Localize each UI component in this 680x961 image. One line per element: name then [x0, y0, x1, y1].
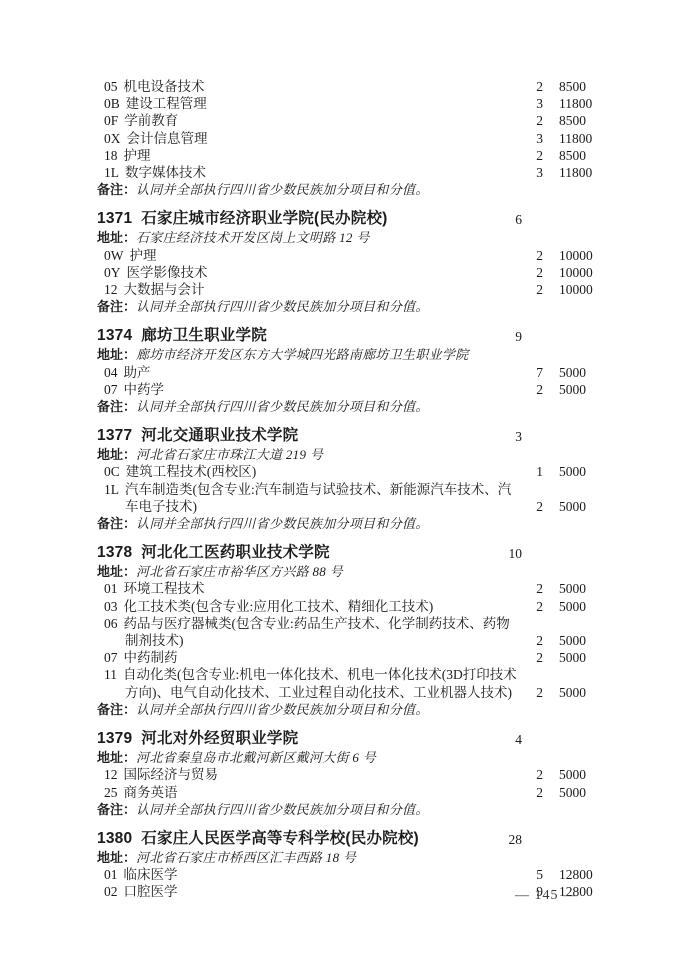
remark-line: 备注：认同并全部执行四川省少数民族加分项目和分值。	[97, 398, 680, 415]
course-row: 18护理28500	[104, 147, 680, 164]
school-code: 1377	[97, 427, 132, 444]
section-header: 1377河北交通职业技术学院3	[97, 426, 680, 445]
course-row: 0X会计信息管理311800	[104, 130, 680, 147]
section-title: 1379河北对外经贸职业学院	[97, 729, 502, 748]
school-name: 河北化工医药职业技术学院	[141, 544, 329, 561]
course-name: 助产	[124, 365, 151, 380]
course-count: 2	[523, 112, 543, 129]
remark-text: 认同并全部执行四川省少数民族加分项目和分值。	[136, 702, 429, 717]
course-name: 中药学	[124, 382, 165, 397]
section-header: 1378河北化工医药职业技术学院10	[97, 543, 680, 562]
remark-label: 备注：	[97, 399, 136, 414]
course-code: 25	[104, 785, 118, 800]
address-text: 河北省石家庄市裕华区方兴路 88 号	[136, 564, 343, 579]
course-text: 04助产	[104, 364, 523, 381]
address-line: 地址：河北省石家庄市桥西区汇丰西路 18 号	[97, 849, 680, 866]
course-name: 汽车制造类(包含专业:汽车制造与试验技术、新能源汽车技术、汽车电子技术)	[125, 482, 511, 514]
course-name: 护理	[130, 248, 157, 263]
address-text: 石家庄经济技术开发区岗上文明路 12 号	[136, 230, 370, 245]
course-count: 2	[523, 264, 543, 281]
course-code: 11	[104, 667, 117, 682]
course-row: 0B建设工程管理311800	[104, 95, 680, 112]
course-name: 环境工程技术	[124, 581, 205, 596]
section-title: 1380石家庄人民医学高等专科学校(民办院校)	[97, 829, 502, 848]
course-name: 药品与医疗器械类(包含专业:药品生产技术、化学制药技术、药物制剂技术)	[124, 616, 510, 648]
course-code: 01	[104, 581, 118, 596]
course-tuition: 8500	[559, 78, 603, 95]
school-name: 河北对外经贸职业学院	[141, 730, 298, 747]
course-row: 1L汽车制造类(包含专业:汽车制造与试验技术、新能源汽车技术、汽车电子技术)25…	[104, 481, 680, 515]
address-label: 地址：	[97, 750, 136, 765]
course-row: 25商务英语25000	[104, 784, 680, 801]
course-count: 2	[523, 580, 543, 597]
course-code: 03	[104, 599, 118, 614]
course-count: 3	[523, 130, 543, 147]
course-name: 中药制药	[124, 650, 178, 665]
section-title: 1378河北化工医药职业技术学院	[97, 543, 502, 562]
course-row: 05机电设备技术28500	[104, 78, 680, 95]
course-name: 大数据与会计	[124, 282, 205, 297]
course-tuition: 5000	[559, 580, 603, 597]
course-text: 1L汽车制造类(包含专业:汽车制造与试验技术、新能源汽车技术、汽车电子技术)	[104, 481, 523, 515]
course-text: 0F学前教育	[104, 112, 523, 129]
course-name: 机电设备技术	[124, 79, 205, 94]
course-row: 11自动化类(包含专业:机电一体化技术、机电一体化技术(3D打印技术方向)、电气…	[104, 666, 680, 700]
document-body: 05机电设备技术285000B建设工程管理3118000F学前教育285000X…	[97, 78, 680, 901]
remark-text: 认同并全部执行四川省少数民族加分项目和分值。	[136, 182, 429, 197]
course-tuition: 10000	[559, 281, 603, 298]
course-count: 5	[523, 866, 543, 883]
course-name: 学前教育	[124, 113, 178, 128]
course-code: 01	[104, 867, 118, 882]
section-title: 1371石家庄城市经济职业学院(民办院校)	[97, 209, 502, 228]
course-name: 临床医学	[124, 867, 178, 882]
course-count: 2	[523, 78, 543, 95]
course-code: 06	[104, 616, 118, 631]
course-name: 商务英语	[124, 785, 178, 800]
course-row: 12国际经济与贸易25000	[104, 766, 680, 783]
course-text: 07中药学	[104, 381, 523, 398]
course-text: 18护理	[104, 147, 523, 164]
course-name: 建筑工程技术(西校区)	[126, 464, 257, 479]
course-row: 03化工技术类(包含专业:应用化工技术、精细化工技术)25000	[104, 598, 680, 615]
course-count: 2	[523, 598, 543, 615]
course-name: 数字媒体技术	[125, 165, 206, 180]
section-title: 1374廊坊卫生职业学院	[97, 326, 502, 345]
course-tuition: 5000	[559, 766, 603, 783]
remark-line: 备注：认同并全部执行四川省少数民族加分项目和分值。	[97, 298, 680, 315]
document-page: 05机电设备技术285000B建设工程管理3118000F学前教育285000X…	[0, 0, 680, 961]
address-text: 河北省秦皇岛市北戴河新区戴河大街 6 号	[136, 750, 376, 765]
course-text: 12大数据与会计	[104, 281, 523, 298]
course-tuition: 5000	[559, 684, 603, 701]
remark-text: 认同并全部执行四川省少数民族加分项目和分值。	[136, 299, 429, 314]
course-text: 0B建设工程管理	[104, 95, 523, 112]
school-section: 1371石家庄城市经济职业学院(民办院校)6地址：石家庄经济技术开发区岗上文明路…	[97, 209, 680, 315]
course-count: 2	[523, 381, 543, 398]
section-header: 1379河北对外经贸职业学院4	[97, 729, 680, 748]
course-row: 01临床医学512800	[104, 866, 680, 883]
course-count: 7	[523, 364, 543, 381]
course-count: 2	[523, 784, 543, 801]
course-code: 0X	[104, 131, 121, 146]
school-name: 石家庄城市经济职业学院(民办院校)	[141, 210, 387, 227]
address-label: 地址：	[97, 447, 136, 462]
remark-text: 认同并全部执行四川省少数民族加分项目和分值。	[136, 802, 429, 817]
school-section: 1378河北化工医药职业技术学院10地址：河北省石家庄市裕华区方兴路 88 号0…	[97, 543, 680, 718]
course-name: 会计信息管理	[127, 131, 208, 146]
course-text: 1L数字媒体技术	[104, 164, 523, 181]
course-row: 0F学前教育28500	[104, 112, 680, 129]
course-tuition: 5000	[559, 381, 603, 398]
course-text: 0Y医学影像技术	[104, 264, 523, 281]
course-code: 0B	[104, 96, 120, 111]
school-code: 1374	[97, 327, 132, 344]
course-name: 建设工程管理	[126, 96, 207, 111]
section-header: 1380石家庄人民医学高等专科学校(民办院校)28	[97, 829, 680, 848]
course-tuition: 11800	[559, 164, 603, 181]
course-count: 1	[523, 463, 543, 480]
school-total: 10	[502, 545, 522, 562]
course-name: 自动化类(包含专业:机电一体化技术、机电一体化技术(3D打印技术方向)、电气自动…	[123, 667, 517, 699]
remark-line: 备注：认同并全部执行四川省少数民族加分项目和分值。	[97, 701, 680, 718]
course-tuition: 10000	[559, 247, 603, 264]
course-tuition: 5000	[559, 784, 603, 801]
school-section: 1380石家庄人民医学高等专科学校(民办院校)28地址：河北省石家庄市桥西区汇丰…	[97, 829, 680, 901]
school-total: 9	[502, 328, 522, 345]
remark-text: 认同并全部执行四川省少数民族加分项目和分值。	[136, 399, 429, 414]
course-text: 25商务英语	[104, 784, 523, 801]
course-code: 12	[104, 767, 118, 782]
page-number: — 145 —	[515, 888, 578, 904]
course-name: 护理	[124, 148, 151, 163]
course-code: 0Y	[104, 265, 121, 280]
remark-label: 备注：	[97, 299, 136, 314]
address-text: 河北省石家庄市珠江大道 219 号	[136, 447, 323, 462]
course-code: 12	[104, 282, 118, 297]
course-tuition: 5000	[559, 463, 603, 480]
remark-line: 备注：认同并全部执行四川省少数民族加分项目和分值。	[97, 515, 680, 532]
remark-label: 备注：	[97, 182, 136, 197]
address-label: 地址：	[97, 347, 136, 362]
course-row: 0W护理210000	[104, 247, 680, 264]
school-code: 1371	[97, 210, 132, 227]
course-name: 医学影像技术	[127, 265, 208, 280]
school-code: 1378	[97, 544, 132, 561]
course-text: 12国际经济与贸易	[104, 766, 523, 783]
course-count: 2	[523, 766, 543, 783]
course-name: 化工技术类(包含专业:应用化工技术、精细化工技术)	[124, 599, 434, 614]
course-count: 3	[523, 95, 543, 112]
remark-label: 备注：	[97, 516, 136, 531]
address-line: 地址：河北省石家庄市珠江大道 219 号	[97, 446, 680, 463]
course-text: 0W护理	[104, 247, 523, 264]
course-code: 18	[104, 148, 118, 163]
school-total: 6	[502, 211, 522, 228]
address-line: 地址：廊坊市经济开发区东方大学城四光路南廊坊卫生职业学院	[97, 346, 680, 363]
course-code: 1L	[104, 482, 119, 497]
school-section: 1374廊坊卫生职业学院9地址：廊坊市经济开发区东方大学城四光路南廊坊卫生职业学…	[97, 326, 680, 415]
address-line: 地址：河北省秦皇岛市北戴河新区戴河大街 6 号	[97, 749, 680, 766]
course-count: 2	[523, 498, 543, 515]
course-row: 0Y医学影像技术210000	[104, 264, 680, 281]
course-text: 03化工技术类(包含专业:应用化工技术、精细化工技术)	[104, 598, 523, 615]
course-code: 02	[104, 884, 118, 899]
course-text: 01环境工程技术	[104, 580, 523, 597]
course-text: 02口腔医学	[104, 883, 523, 900]
course-count: 2	[523, 684, 543, 701]
address-label: 地址：	[97, 850, 136, 865]
course-tuition: 12800	[559, 866, 603, 883]
school-code: 1380	[97, 830, 132, 847]
course-tuition: 10000	[559, 264, 603, 281]
course-text: 05机电设备技术	[104, 78, 523, 95]
section-title: 1377河北交通职业技术学院	[97, 426, 502, 445]
address-text: 河北省石家庄市桥西区汇丰西路 18 号	[136, 850, 356, 865]
course-tuition: 8500	[559, 147, 603, 164]
course-text: 11自动化类(包含专业:机电一体化技术、机电一体化技术(3D打印技术方向)、电气…	[104, 666, 523, 700]
remark-line: 备注：认同并全部执行四川省少数民族加分项目和分值。	[97, 801, 680, 818]
school-name: 河北交通职业技术学院	[141, 427, 298, 444]
address-text: 廊坊市经济开发区东方大学城四光路南廊坊卫生职业学院	[136, 347, 469, 362]
course-text: 0C建筑工程技术(西校区)	[104, 463, 523, 480]
course-row: 1L数字媒体技术311800	[104, 164, 680, 181]
course-tuition: 11800	[559, 130, 603, 147]
remark-label: 备注：	[97, 702, 136, 717]
course-code: 1L	[104, 165, 119, 180]
course-code: 0F	[104, 113, 118, 128]
course-count: 2	[523, 281, 543, 298]
course-row: 01环境工程技术25000	[104, 580, 680, 597]
school-total: 28	[502, 831, 522, 848]
course-code: 0W	[104, 248, 124, 263]
course-row: 04助产75000	[104, 364, 680, 381]
course-name: 口腔医学	[124, 884, 178, 899]
school-section: 1377河北交通职业技术学院3地址：河北省石家庄市珠江大道 219 号0C建筑工…	[97, 426, 680, 532]
course-tuition: 8500	[559, 112, 603, 129]
school-name: 石家庄人民医学高等专科学校(民办院校)	[141, 830, 419, 847]
remark-text: 认同并全部执行四川省少数民族加分项目和分值。	[136, 516, 429, 531]
course-text: 0X会计信息管理	[104, 130, 523, 147]
remark-label: 备注：	[97, 802, 136, 817]
address-label: 地址：	[97, 230, 136, 245]
course-code: 04	[104, 365, 118, 380]
course-text: 01临床医学	[104, 866, 523, 883]
school-section: 1379河北对外经贸职业学院4地址：河北省秦皇岛市北戴河新区戴河大街 6 号12…	[97, 729, 680, 818]
course-name: 国际经济与贸易	[124, 767, 219, 782]
course-tuition: 11800	[559, 95, 603, 112]
course-count: 2	[523, 147, 543, 164]
section-header: 1371石家庄城市经济职业学院(民办院校)6	[97, 209, 680, 228]
course-code: 07	[104, 382, 118, 397]
course-tuition: 5000	[559, 649, 603, 666]
school-total: 4	[502, 731, 522, 748]
course-row: 07中药制药25000	[104, 649, 680, 666]
remark-line: 备注：认同并全部执行四川省少数民族加分项目和分值。	[97, 181, 680, 198]
course-tuition: 5000	[559, 632, 603, 649]
course-tuition: 5000	[559, 498, 603, 515]
section-header: 1374廊坊卫生职业学院9	[97, 326, 680, 345]
school-name: 廊坊卫生职业学院	[141, 327, 267, 344]
course-row: 07中药学25000	[104, 381, 680, 398]
course-row: 0C建筑工程技术(西校区)15000	[104, 463, 680, 480]
course-row: 02口腔医学912800	[104, 883, 680, 900]
course-row: 12大数据与会计210000	[104, 281, 680, 298]
course-count: 3	[523, 164, 543, 181]
course-code: 07	[104, 650, 118, 665]
course-count: 2	[523, 632, 543, 649]
course-tuition: 5000	[559, 598, 603, 615]
course-row: 06药品与医疗器械类(包含专业:药品生产技术、化学制药技术、药物制剂技术)250…	[104, 615, 680, 649]
course-tuition: 5000	[559, 364, 603, 381]
course-code: 05	[104, 79, 118, 94]
course-count: 2	[523, 649, 543, 666]
course-count: 2	[523, 247, 543, 264]
address-line: 地址：河北省石家庄市裕华区方兴路 88 号	[97, 563, 680, 580]
school-total: 3	[502, 428, 522, 445]
address-label: 地址：	[97, 564, 136, 579]
course-text: 07中药制药	[104, 649, 523, 666]
address-line: 地址：石家庄经济技术开发区岗上文明路 12 号	[97, 229, 680, 246]
course-code: 0C	[104, 464, 120, 479]
school-code: 1379	[97, 730, 132, 747]
course-text: 06药品与医疗器械类(包含专业:药品生产技术、化学制药技术、药物制剂技术)	[104, 615, 523, 649]
school-section: 05机电设备技术285000B建设工程管理3118000F学前教育285000X…	[97, 78, 680, 198]
